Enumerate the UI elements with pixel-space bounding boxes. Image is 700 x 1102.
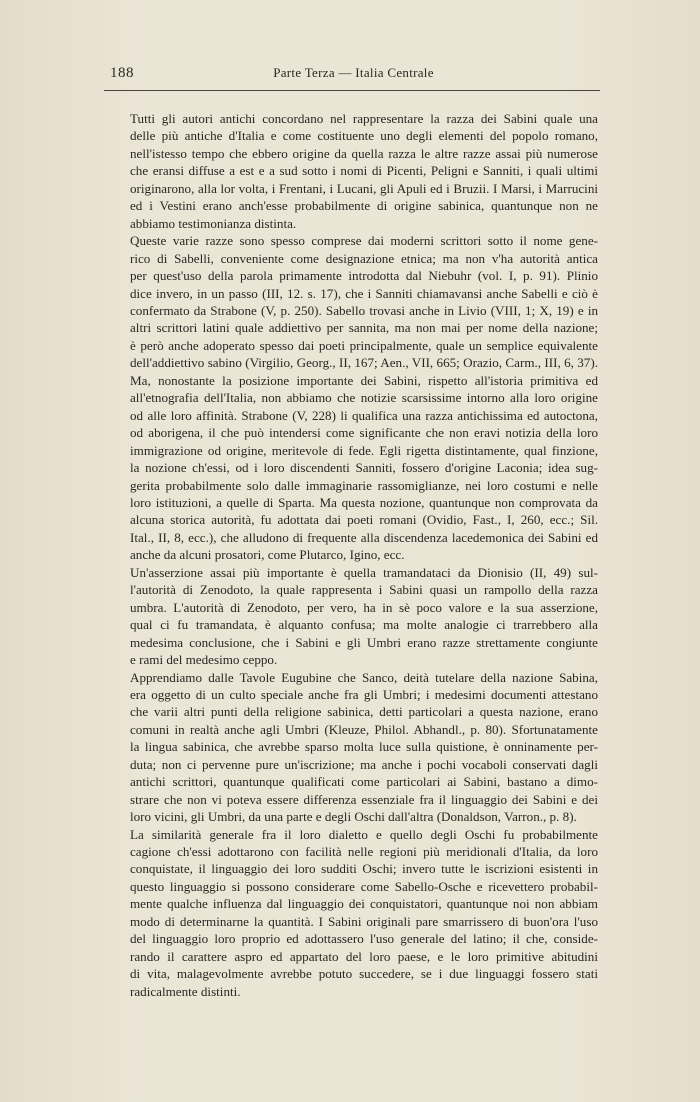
- text-line: loro vicini, gli Umbri, da una parte e d…: [110, 808, 598, 825]
- text-line: dice invero, in un passo (III, 12. s. 17…: [110, 285, 598, 302]
- text-line: immigrazione od origine, meritevole di f…: [110, 442, 598, 459]
- text-line: del linguaggio loro proprio ed adottasse…: [110, 930, 598, 947]
- text-line: che eransi diffuse a est e a sud sotto i…: [110, 162, 598, 179]
- text-line: Un'asserzione assai più importante è que…: [110, 564, 598, 581]
- paragraph: Queste varie razze sono spesso comprese …: [110, 232, 598, 564]
- text-line: od alle loro affinità. Strabone (V, 228)…: [110, 407, 598, 424]
- text-line: medesima conclusione, che i Sabini e gli…: [110, 634, 598, 651]
- text-line: rico di Sabelli, conveniente come design…: [110, 250, 598, 267]
- text-line: originarono, alla lor volta, i Frentani,…: [110, 180, 598, 197]
- text-line: rando il carattere aspro ed appartato de…: [110, 948, 598, 965]
- text-line: per quest'uso della parola primamente in…: [110, 267, 598, 284]
- text-line: all'etnografia dell'Italia, non abbiamo …: [110, 389, 598, 406]
- text-line: questo linguaggio si possono considerare…: [110, 878, 598, 895]
- page-header: 188 Parte Terza — Italia Centrale: [110, 63, 597, 85]
- text-line: conquistate, il linguaggio dei loro sudd…: [110, 860, 598, 877]
- text-line: cagione ch'essi adottarono con facilità …: [110, 843, 598, 860]
- text-line: umbra. L'autorità di Zenodoto, per vero,…: [110, 599, 598, 616]
- text-line: radicalmente distinti.: [110, 983, 598, 1000]
- text-line: e rami del medesimo ceppo.: [110, 651, 598, 668]
- paragraph: Un'asserzione assai più importante è que…: [110, 564, 598, 669]
- text-line: mente qualche influenza dal linguaggio d…: [110, 895, 598, 912]
- text-line: od aborigena, il che può intendersi come…: [110, 424, 598, 441]
- text-line: Ma, nonostante la posizione importante d…: [110, 372, 598, 389]
- text-line: duta; non ci pervenne pure un'iscrizione…: [110, 756, 598, 773]
- paragraph: La similarità generale fra il loro diale…: [110, 826, 598, 1001]
- text-line: ed i Vestini erano anch'esse probabilmen…: [110, 197, 598, 214]
- text-line: La similarità generale fra il loro diale…: [110, 826, 598, 843]
- text-line: modo di determinarne la quantità. I Sabi…: [110, 913, 598, 930]
- body-text: Tutti gli autori antichi concordano nel …: [110, 110, 598, 1000]
- text-line: Tutti gli autori antichi concordano nel …: [110, 110, 598, 127]
- text-line: anche da alcuni prosatori, come Plutarco…: [110, 546, 598, 563]
- text-line: di vita, malagevolmente avrebbe potuto s…: [110, 965, 598, 982]
- text-line: delle più antiche d'Italia e come costit…: [110, 127, 598, 144]
- text-line: l'autorità di Zenodoto, la quale rappres…: [110, 581, 598, 598]
- text-line: la nozione ch'essi, od i loro discendent…: [110, 459, 598, 476]
- header-rule: [104, 90, 600, 91]
- text-line: altri scrittori latini quale addiettivo …: [110, 319, 598, 336]
- text-line: strare che non vi poteva essere differen…: [110, 791, 598, 808]
- running-head: Parte Terza — Italia Centrale: [110, 65, 597, 81]
- text-line: alcuna storica autorità, fu adottata dai…: [110, 511, 598, 528]
- text-line: Apprendiamo dalle Tavole Eugubine che Sa…: [110, 669, 598, 686]
- text-line: confermato da Strabone (V, p. 250). Sabe…: [110, 302, 598, 319]
- text-line: comuni in realtà anche agli Umbri (Kleuz…: [110, 721, 598, 738]
- text-line: gerita probabilmente solo dalle immagina…: [110, 477, 598, 494]
- text-line: dell'addiettivo sabino (Virgilio, Georg.…: [110, 354, 598, 371]
- text-line: era oggetto di un culto speciale anche f…: [110, 686, 598, 703]
- text-line: abbiamo testimonianza distinta.: [110, 215, 598, 232]
- text-line: la lingua sabinica, che avrebbe sparso m…: [110, 738, 598, 755]
- book-page: 188 Parte Terza — Italia Centrale Tutti …: [0, 0, 700, 1102]
- text-line: nell'istesso tempo che ebbero origine da…: [110, 145, 598, 162]
- text-line: qual ci fu tramandata, è alquanto confus…: [110, 616, 598, 633]
- paragraph: Apprendiamo dalle Tavole Eugubine che Sa…: [110, 669, 598, 826]
- paragraph: Tutti gli autori antichi concordano nel …: [110, 110, 598, 232]
- text-line: loro istituzioni, a quelle di Sparta. Ma…: [110, 494, 598, 511]
- text-line: Queste varie razze sono spesso comprese …: [110, 232, 598, 249]
- text-line: Ital., II, 8, ecc.), che alludono di fre…: [110, 529, 598, 546]
- text-line: che varii altri punti della religione sa…: [110, 703, 598, 720]
- text-line: è però anche adoperato spesso dai poeti …: [110, 337, 598, 354]
- text-line: antichi scrittori, quantunque qualificat…: [110, 773, 598, 790]
